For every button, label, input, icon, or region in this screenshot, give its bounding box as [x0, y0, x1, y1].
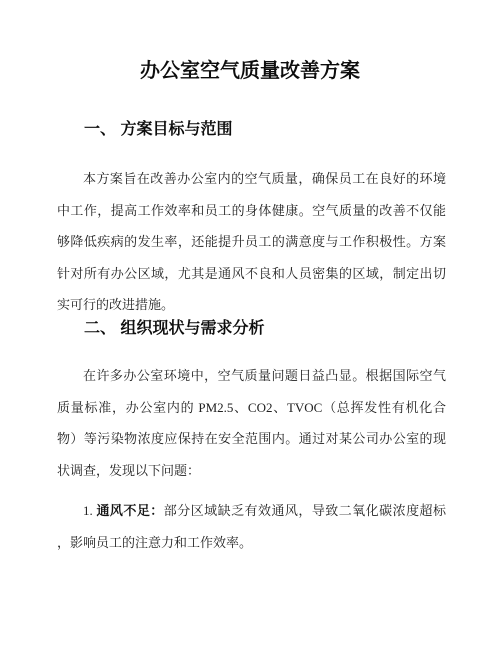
- section-1-heading: 一、 方案目标与范围: [84, 121, 232, 139]
- paragraph-line: 实可行的改进措施。: [57, 289, 446, 321]
- section-2-heading: 二、 组织现状与需求分析: [84, 320, 264, 338]
- paragraph-line: 物）等污染物浓度应保持在安全范围内。通过对某公司办公室的现: [57, 423, 446, 455]
- document-page: 办公室空气质量改善方案 一、 方案目标与范围 本方案旨在改善办公室内的空气质量，…: [0, 0, 500, 647]
- paragraph-line: 够降低疾病的发生率，还能提升员工的满意度与工作积极性。方案: [57, 226, 446, 258]
- section-2-paragraph: 在许多办公室环境中，空气质量问题日益凸显。根据国际空气 质量标准，办公室内的 P…: [57, 360, 446, 486]
- issue-line: 1. 通风不足：部分区域缺乏有效通风，导致二氧化碳浓度超标: [57, 495, 446, 527]
- issue-item-1: 1. 通风不足：部分区域缺乏有效通风，导致二氧化碳浓度超标 ，影响员工的注意力和…: [57, 495, 446, 558]
- issue-line: ，影响员工的注意力和工作效率。: [57, 527, 446, 559]
- issue-number: 1.: [83, 503, 96, 518]
- paragraph-line: 本方案旨在改善办公室内的空气质量，确保员工在良好的环境: [57, 163, 446, 195]
- document-title: 办公室空气质量改善方案: [0, 57, 500, 85]
- paragraph-line: 质量标准，办公室内的 PM2.5、CO2、TVOC（总挥发性有机化合: [57, 392, 446, 424]
- section-1-paragraph: 本方案旨在改善办公室内的空气质量，确保员工在良好的环境 中工作，提高工作效率和员…: [57, 163, 446, 321]
- paragraph-line: 中工作，提高工作效率和员工的身体健康。空气质量的改善不仅能: [57, 195, 446, 227]
- issue-label: 通风不足：: [96, 503, 163, 518]
- paragraph-line: 在许多办公室环境中，空气质量问题日益凸显。根据国际空气: [57, 360, 446, 392]
- issue-text: 部分区域缺乏有效通风，导致二氧化碳浓度超标: [164, 503, 446, 518]
- paragraph-line: 针对所有办公区域，尤其是通风不良和人员密集的区域，制定出切: [57, 258, 446, 290]
- paragraph-line: 状调查，发现以下问题：: [57, 455, 446, 487]
